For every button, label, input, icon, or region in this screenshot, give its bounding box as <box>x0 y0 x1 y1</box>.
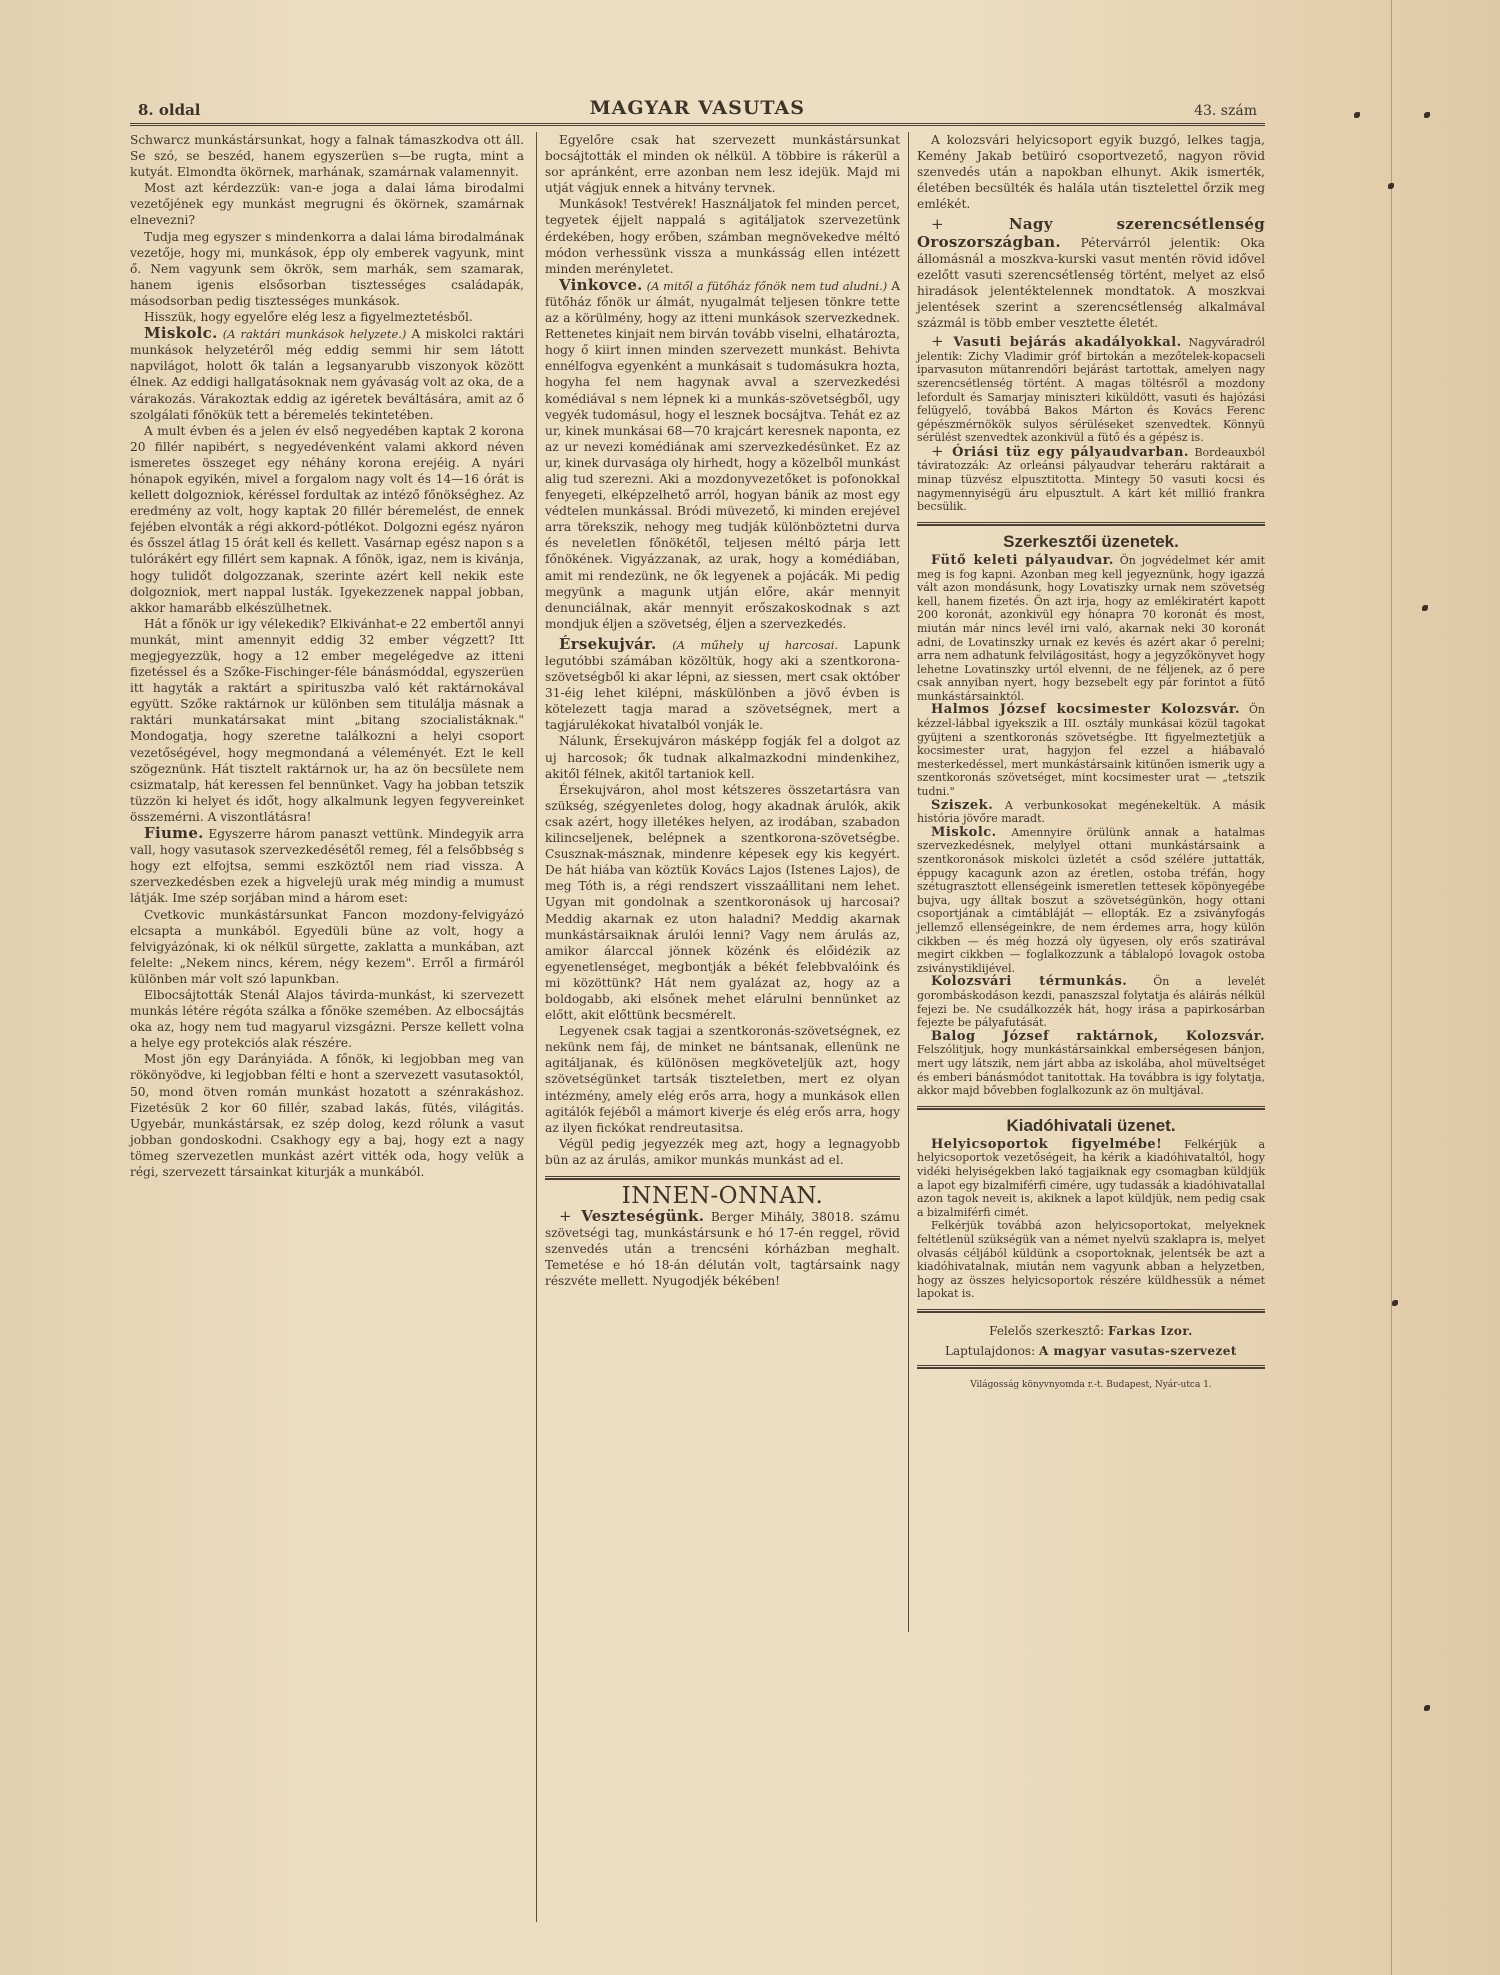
message-futo: Fütő keleti pályaudvar. Ön jogvédelmet k… <box>917 554 1265 704</box>
article-paragraph: Cvetkovic munkástársunkat Fancon mozdony… <box>130 907 524 987</box>
cross-icon: + <box>931 215 944 233</box>
article-subheading: (A műhely uj harcosai. <box>672 638 838 652</box>
article-paragraph: A miskolci raktári munkások helyzetéről … <box>130 327 524 421</box>
article-heading: Miskolc. <box>144 324 218 342</box>
article-paragraph: Most jön egy Darányiáda. A főnök, ki leg… <box>130 1051 524 1180</box>
message-text: Felszólitjuk, hogy munkástársainkkal emb… <box>917 1043 1265 1097</box>
article-subheading: (A mitől a fütőház főnök nem tud aludni.… <box>647 279 888 293</box>
article-paragraph: A mult évben és a jelen év első negyedéb… <box>130 423 524 616</box>
article-oriasi-tuz: + Óriási tüz egy pályaudvarban. Bordeaux… <box>917 445 1265 514</box>
message-kolozsvari: Kolozsvári térmunkás. Ön a levelét gorom… <box>917 975 1265 1029</box>
page-fold-line <box>1391 0 1392 1975</box>
cross-icon: + <box>931 442 944 460</box>
message-heading: Balog József raktárnok, Kolozsvár. <box>931 1029 1265 1044</box>
article-paragraph: Tudja meg egyszer s mindenkorra a dalai … <box>130 229 524 309</box>
article-paragraph: Most azt kérdezzük: van-e joga a dalai l… <box>130 180 524 228</box>
article-paragraph: Hát a főnök ur igy vélekedik? Elkivánhat… <box>130 616 524 825</box>
message-text: Ön jogvédelmet kér amit meg is fog kapni… <box>917 554 1265 703</box>
page-number: 8. oldal <box>138 101 201 119</box>
section-divider <box>545 1176 900 1180</box>
article-paragraph: Egyelőre csak hat szervezett munkástársu… <box>545 132 900 196</box>
article-subheading: (A raktári munkások helyzete.) <box>223 327 407 341</box>
column-2: Egyelőre csak hat szervezett munkástársu… <box>536 132 908 1922</box>
article-paragraph: Elbocsájtották Stenál Alajos távirda-mun… <box>130 987 524 1051</box>
owner-label: Laptulajdonos: <box>945 1344 1035 1358</box>
article-fiume: Fiume. Egyszerre három panaszt vettünk. … <box>130 825 524 906</box>
printer-info: Világosság könyvnyomda r.-t. Budapest, N… <box>917 1377 1265 1393</box>
article-vasuti-bejaras: + Vasuti bejárás akadályokkal. Nagyvárad… <box>917 335 1265 445</box>
article-heading: Óriási tüz egy pályaudvarban. <box>952 445 1189 460</box>
section-title-szerkesztoi-uzenetek: Szerkesztői üzenetek. <box>917 534 1265 550</box>
article-miskolc: Miskolc. (A raktári munkások helyzete.) … <box>130 325 524 423</box>
article-heading: Vasuti bejárás akadályokkal. <box>953 335 1181 350</box>
notice-helyicsoportok: Helyicsoportok figyelmébe! Felkérjük a h… <box>917 1138 1265 1220</box>
article-paragraph: Nagyváradról jelentik: Zichy Vladimir gr… <box>917 336 1265 444</box>
article-paragraph: A fütőház főnök ur álmát, nyugalmát telj… <box>545 279 900 631</box>
article-paragraph: Schwarcz munkástársunkat, hogy a falnak … <box>130 132 524 180</box>
section-divider <box>917 1106 1265 1110</box>
article-paragraph: Munkások! Testvérek! Használjatok fel mi… <box>545 196 900 276</box>
masthead: 8. oldal MAGYAR VASUTAS 43. szám <box>130 98 1265 126</box>
message-text: Ön kézzel-lábbal igyekszik a III. osztál… <box>917 703 1265 798</box>
scan-speck <box>1422 605 1428 611</box>
notice-heading: Helyicsoportok figyelmébe! <box>931 1137 1162 1152</box>
scan-speck <box>1354 112 1360 118</box>
notice-text: Felkérjük továbbá azon helyicsoportokat,… <box>917 1219 1265 1301</box>
message-heading: Kolozsvári térmunkás. <box>931 974 1127 989</box>
article-nagy-szerencsetlenseg: + Nagy szerencsétlenség Oroszországban. … <box>917 216 1265 331</box>
editor-label: Felelős szerkesztő: <box>989 1324 1104 1338</box>
section-title-innen-onnan: INNEN-ONNAN. <box>545 1188 900 1204</box>
message-heading: Fütő keleti pályaudvar. <box>931 553 1114 568</box>
newspaper-page: 8. oldal MAGYAR VASUTAS 43. szám Schwarc… <box>130 98 1265 1898</box>
section-divider <box>917 522 1265 526</box>
article-ersekujvar: Érsekujvár. (A műhely uj harcosai. Lapun… <box>545 636 900 734</box>
article-paragraph: A kolozsvári helyicsoport egyik buzgó, l… <box>917 132 1265 212</box>
scan-speck <box>1392 1300 1398 1306</box>
article-heading: Veszteségünk. <box>581 1207 704 1225</box>
cross-icon: + <box>931 332 944 350</box>
column-1: Schwarcz munkástársunkat, hogy a falnak … <box>130 132 530 1898</box>
newspaper-title: MAGYAR VASUTAS <box>590 97 805 119</box>
scan-speck <box>1424 112 1430 118</box>
article-heading: Fiume. <box>144 824 204 842</box>
message-halmos: Halmos József kocsimester Kolozsvár. Ön … <box>917 703 1265 798</box>
message-text: Amennyire örülünk annak a hatalmas szerv… <box>917 826 1265 975</box>
message-heading: Halmos József kocsimester Kolozsvár. <box>931 702 1240 717</box>
article-paragraph: Nálunk, Érsekujváron másképp fogják fel … <box>545 733 900 781</box>
message-balog: Balog József raktárnok, Kolozsvár. Felsz… <box>917 1030 1265 1098</box>
article-heading: Vinkovce. <box>559 276 643 294</box>
owner-name: A magyar vasutas-szervezet <box>1039 1344 1237 1358</box>
scan-speck <box>1388 183 1394 189</box>
message-sziszek: Sziszek. A verbunkosokat megénekeltük. A… <box>917 799 1265 826</box>
editor-name: Farkas Izor. <box>1108 1324 1193 1338</box>
cross-icon: + <box>559 1207 572 1225</box>
article-paragraph: Lapunk legutóbbi számában közöltük, hogy… <box>545 638 900 732</box>
message-heading: Sziszek. <box>931 798 993 813</box>
article-vesztesegunk: + Veszteségünk. Berger Mihály, 38018. sz… <box>545 1208 900 1289</box>
article-vinkovce: Vinkovce. (A mitől a fütőház főnök nem t… <box>545 277 900 632</box>
section-divider <box>917 1365 1265 1369</box>
message-miskolc: Miskolc. Amennyire örülünk annak a hatal… <box>917 826 1265 976</box>
article-paragraph: Legyenek csak tagjai a szentkoronás-szöv… <box>545 1023 900 1136</box>
issue-number: 43. szám <box>1194 103 1257 119</box>
scan-speck <box>1424 1705 1430 1711</box>
message-heading: Miskolc. <box>931 825 997 840</box>
article-paragraph: Hisszük, hogy egyelőre elég lesz a figye… <box>130 309 524 325</box>
section-title-kiadohivatali-uzenet: Kiadóhivatali üzenet. <box>917 1118 1265 1134</box>
article-heading: Érsekujvár. <box>559 635 657 653</box>
section-divider <box>917 1309 1265 1313</box>
article-paragraph: Végül pedig jegyezzék meg azt, hogy a le… <box>545 1136 900 1168</box>
article-paragraph: Érsekujváron, ahol most kétszeres összet… <box>545 782 900 1023</box>
imprint: Felelős szerkesztő: Farkas Izor. Laptula… <box>917 1321 1265 1361</box>
column-3: A kolozsvári helyicsoport egyik buzgó, l… <box>908 132 1265 1632</box>
